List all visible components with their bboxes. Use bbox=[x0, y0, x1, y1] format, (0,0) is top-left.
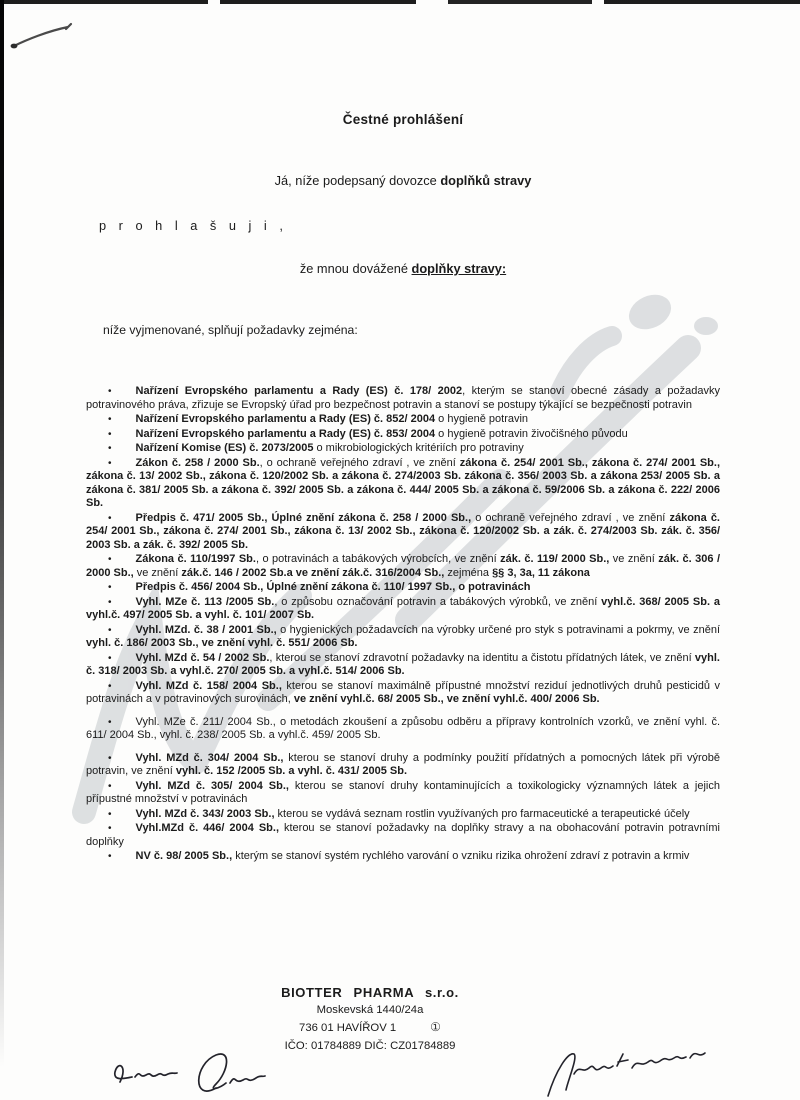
lead-line: níže vyjmenované, splňují požadavky zejm… bbox=[103, 323, 720, 337]
regulation-reference: Nařízení Komise (ES) č. 2073/2005 bbox=[136, 442, 314, 454]
regulation-reference: ve znění vyhl.č. 68/ 2005 Sb., ve znění … bbox=[294, 693, 600, 705]
intro-text: Já, níže podepsaný dovozce bbox=[275, 173, 441, 188]
list-item: •Vyhl.MZd č. 446/ 2004 Sb., kterou se st… bbox=[86, 822, 720, 849]
list-item: •Vyhl. MZd. č. 38 / 2001 Sb., o hygienic… bbox=[86, 624, 720, 651]
list-item: •Vyhl. MZd č. 305/ 2004 Sb., kterou se s… bbox=[86, 780, 720, 807]
list-item: •Vyhl. MZd č. 158/ 2004 Sb., kterou se s… bbox=[86, 680, 720, 707]
regulation-reference: Vyhl. MZd č. 304/ 2004 Sb., bbox=[136, 752, 284, 764]
regulation-description: o hygieně potravin živočišného původu bbox=[435, 428, 628, 440]
regulation-description: o hygienických požadavcích na výrobky ur… bbox=[277, 624, 720, 636]
subject-bold-underline: doplňky stravy: bbox=[412, 261, 507, 276]
list-item: •Zákona č. 110/1997 Sb., o potravinách a… bbox=[86, 553, 720, 580]
regulation-description: o hygieně potravin bbox=[435, 413, 528, 425]
regulation-description: zejména bbox=[444, 567, 492, 579]
bullet-icon: • bbox=[108, 851, 136, 862]
regulation-description: ve znění bbox=[609, 553, 658, 565]
regulation-reference: Nařízení Evropského parlamentu a Rady (E… bbox=[136, 428, 436, 440]
regulation-reference: Předpis č. 456/ 2004 Sb., Úplné znění zá… bbox=[136, 581, 531, 593]
regulation-description: , o ochraně veřejného zdraví , ve znění bbox=[260, 457, 460, 469]
document-body: Čestné prohlášení Já, níže podepsaný dov… bbox=[0, 112, 800, 864]
regulation-reference: Nařízení Evropského parlamentu a Rady (E… bbox=[136, 385, 463, 397]
regulation-reference: Vyhl. MZd. č. 38 / 2001 Sb., bbox=[136, 624, 277, 636]
bullet-icon: • bbox=[108, 429, 136, 440]
declaration-word: p r o h l a š u j i , bbox=[99, 218, 720, 233]
regulation-reference: zák. č. 119/ 2000 Sb., bbox=[500, 553, 609, 565]
regulation-description: Vyhl. MZe č. 211/ 2004 Sb., o metodách z… bbox=[86, 716, 720, 742]
bullet-icon: • bbox=[108, 443, 136, 454]
bullet-icon: • bbox=[108, 582, 136, 593]
regulation-reference: Vyhl. MZe č. 113 /2005 Sb. bbox=[136, 596, 275, 608]
regulation-list: •Nařízení Evropského parlamentu a Rady (… bbox=[86, 385, 720, 864]
list-item: •Nařízení Evropského parlamentu a Rady (… bbox=[86, 428, 720, 442]
bullet-icon: • bbox=[108, 753, 136, 764]
regulation-reference: Předpis č. 471/ 2005 Sb., Úplné znění zá… bbox=[136, 512, 472, 524]
regulation-reference: §§ 3, 3a, 11 zákona bbox=[492, 567, 590, 579]
list-item: •Nařízení Komise (ES) č. 2073/2005 o mik… bbox=[86, 442, 720, 456]
bullet-icon: • bbox=[108, 823, 136, 834]
bullet-icon: • bbox=[108, 597, 136, 608]
bullet-icon: • bbox=[108, 681, 136, 692]
list-item: •Vyhl. MZd č. 54 / 2002 Sb., kterou se s… bbox=[86, 652, 720, 679]
signature-right bbox=[538, 1044, 713, 1100]
bullet-icon: • bbox=[108, 386, 136, 397]
regulation-reference: Vyhl. MZd č. 305/ 2004 Sb., bbox=[136, 780, 289, 792]
list-item: •Předpis č. 456/ 2004 Sb., Úplné znění z… bbox=[86, 581, 720, 595]
intro-line: Já, níže podepsaný dovozce doplňků strav… bbox=[86, 173, 720, 188]
company-city-line: 736 01 HAVÍŘOV 1① bbox=[0, 1019, 740, 1038]
bullet-icon: • bbox=[108, 458, 136, 469]
regulation-description: ve znění bbox=[134, 567, 182, 579]
bullet-icon: • bbox=[108, 513, 136, 524]
regulation-reference: Nařízení Evropského parlamentu a Rady (E… bbox=[136, 413, 436, 425]
regulation-reference: vyhl. č. 186/ 2003 Sb., ve znění vyhl. č… bbox=[86, 637, 358, 649]
document-title: Čestné prohlášení bbox=[86, 112, 720, 127]
document-page: Čestné prohlášení Já, níže podepsaný dov… bbox=[0, 0, 800, 1100]
regulation-reference: Zákon č. 258 / 2000 Sb. bbox=[136, 457, 260, 469]
regulation-description: kterou se vydává seznam rostlin využívan… bbox=[275, 808, 690, 820]
subject-text: že mnou dovážené bbox=[300, 261, 412, 276]
list-item: •Vyhl. MZe č. 211/ 2004 Sb., o metodách … bbox=[86, 716, 720, 743]
list-item: •Nařízení Evropského parlamentu a Rady (… bbox=[86, 385, 720, 412]
regulation-reference: vyhl. č. 152 /2005 Sb. a vyhl. č. 431/ 2… bbox=[176, 765, 407, 777]
bullet-icon: • bbox=[108, 554, 136, 565]
regulation-reference: Zákona č. 110/1997 Sb. bbox=[136, 553, 256, 565]
regulation-reference: Vyhl. MZd č. 54 / 2002 Sb. bbox=[136, 652, 270, 664]
regulation-description: o ochraně veřejného zdraví , ve znění bbox=[471, 512, 669, 524]
regulation-reference: Vyhl.MZd č. 446/ 2004 Sb., bbox=[136, 822, 280, 834]
regulation-reference: zák.č. 146 / 2002 Sb.a ve znění zák.č. 3… bbox=[181, 567, 444, 579]
regulation-description: o mikrobiologických kritériích pro potra… bbox=[313, 442, 523, 454]
regulation-description: kterým se stanoví systém rychlého varová… bbox=[232, 850, 689, 862]
regulation-description: , o způsobu označování potravin a tabáko… bbox=[274, 596, 601, 608]
bullet-icon: • bbox=[108, 809, 136, 820]
circled-one-mark: ① bbox=[430, 1020, 441, 1034]
list-item: •Vyhl. MZd č. 304/ 2004 Sb., kterou se s… bbox=[86, 752, 720, 779]
bullet-icon: • bbox=[108, 414, 136, 425]
company-city: 736 01 HAVÍŘOV 1 bbox=[299, 1022, 396, 1034]
list-item: •Nařízení Evropského parlamentu a Rady (… bbox=[86, 413, 720, 427]
pen-mark bbox=[8, 20, 80, 54]
bullet-icon: • bbox=[108, 653, 136, 664]
subject-line: že mnou dovážené doplňky stravy: bbox=[86, 261, 720, 276]
bullet-icon: • bbox=[108, 717, 136, 728]
regulation-reference: NV č. 98/ 2005 Sb., bbox=[136, 850, 233, 862]
intro-bold-text: doplňků stravy bbox=[440, 173, 531, 188]
bullet-icon: • bbox=[108, 781, 136, 792]
signature-left bbox=[104, 1042, 274, 1100]
regulation-description: , kterou se stanoví zdravotní požadavky … bbox=[269, 652, 695, 664]
list-item: •Předpis č. 471/ 2005 Sb., Úplné znění z… bbox=[86, 512, 720, 553]
list-item: •Zákon č. 258 / 2000 Sb., o ochraně veře… bbox=[86, 457, 720, 511]
company-address: Moskevská 1440/24a bbox=[0, 1002, 740, 1020]
scan-edge-artifact-top bbox=[0, 0, 800, 4]
regulation-reference: Vyhl. MZd č. 343/ 2003 Sb., bbox=[136, 808, 275, 820]
company-name: BIOTTER PHARMA s.r.o. bbox=[0, 984, 740, 1002]
list-item: •Vyhl. MZd č. 343/ 2003 Sb., kterou se v… bbox=[86, 808, 720, 822]
list-item: •NV č. 98/ 2005 Sb., kterým se stanoví s… bbox=[86, 850, 720, 864]
bullet-icon: • bbox=[108, 625, 136, 636]
regulation-reference: Vyhl. MZd č. 158/ 2004 Sb., bbox=[136, 680, 282, 692]
list-item: •Vyhl. MZe č. 113 /2005 Sb., o způsobu o… bbox=[86, 596, 720, 623]
regulation-description: , o potravinách a tabákových výrobcích, … bbox=[256, 553, 500, 565]
